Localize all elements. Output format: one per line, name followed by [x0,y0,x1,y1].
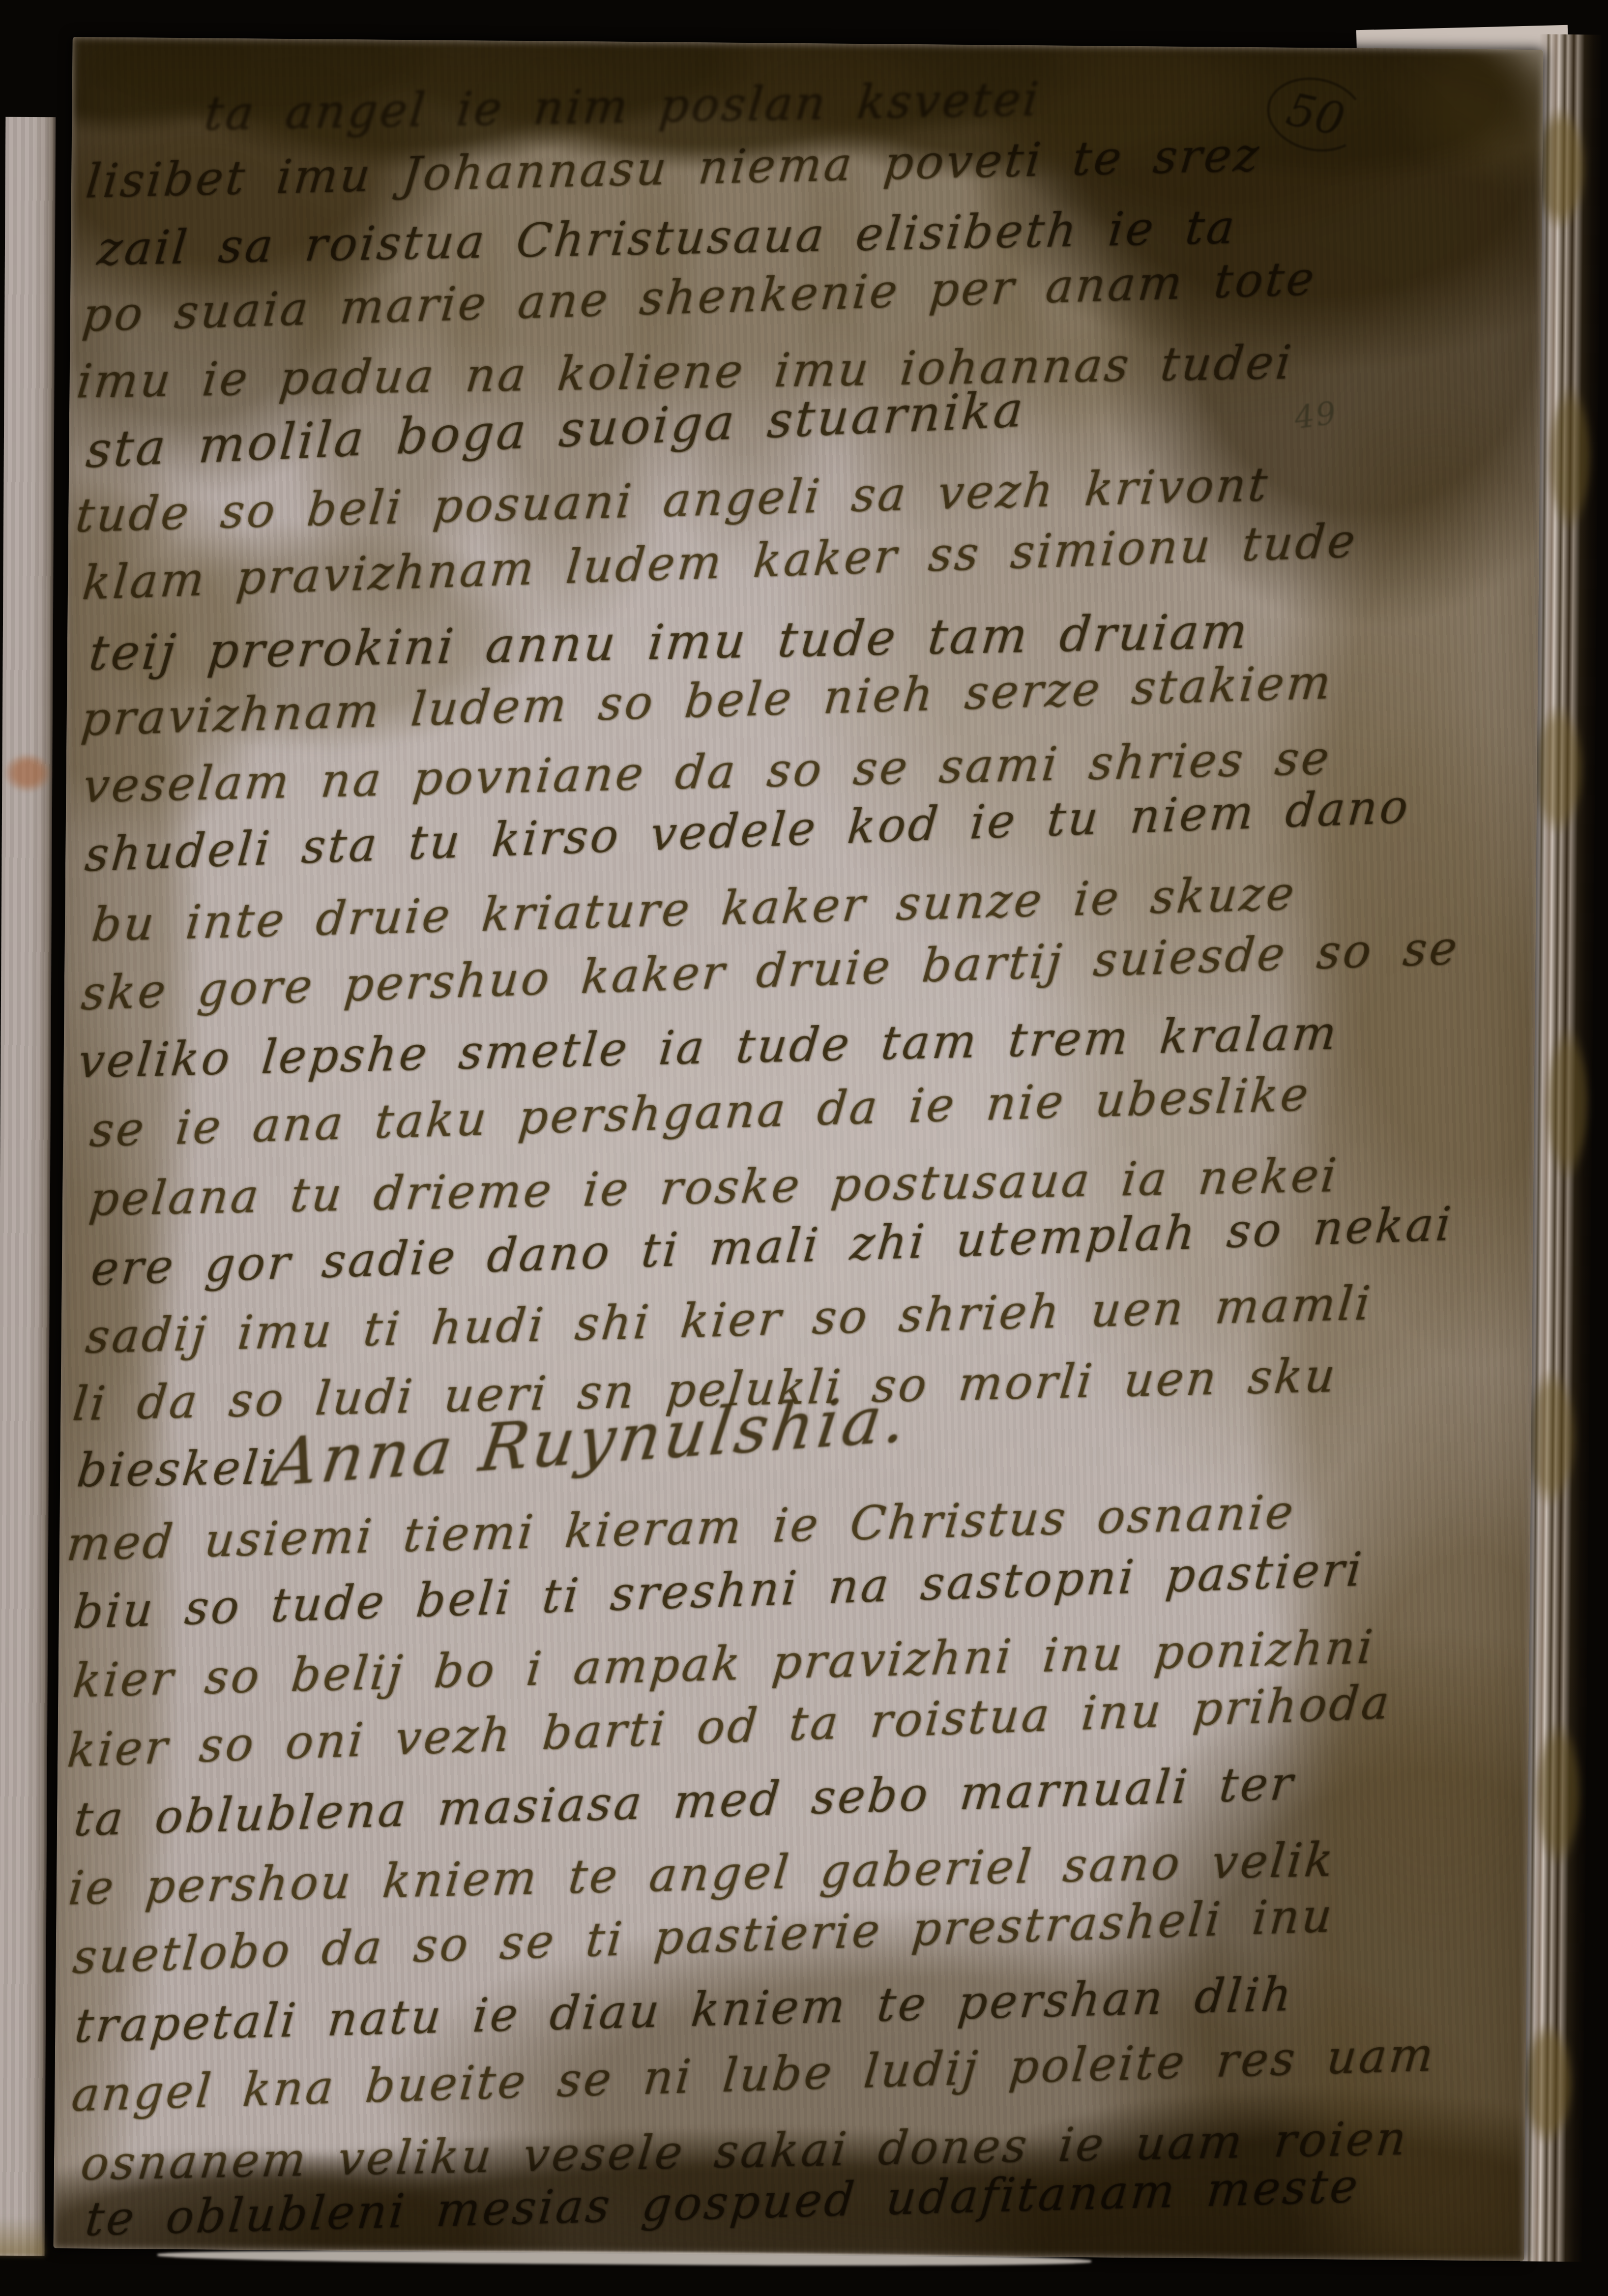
photograph-stage: ta angel ie nim poslan ksvetei lisibet i… [0,0,1608,2296]
text-line: ta angel ie nim poslan ksvetei [202,73,1043,141]
sliver-bottom-stain [0,2216,45,2256]
red-stain [4,754,51,792]
text-line: bieskeli [74,1441,280,1498]
text-line: lisibet imu Johannasu niema poveti te sr… [84,128,1264,209]
manuscript-page: ta angel ie nim poslan ksvetei lisibet i… [53,37,1543,2261]
pencil-page-number: 49 [1292,395,1340,437]
folio-number-circle: 50 [1260,68,1372,161]
previous-page-edge [0,117,56,2256]
